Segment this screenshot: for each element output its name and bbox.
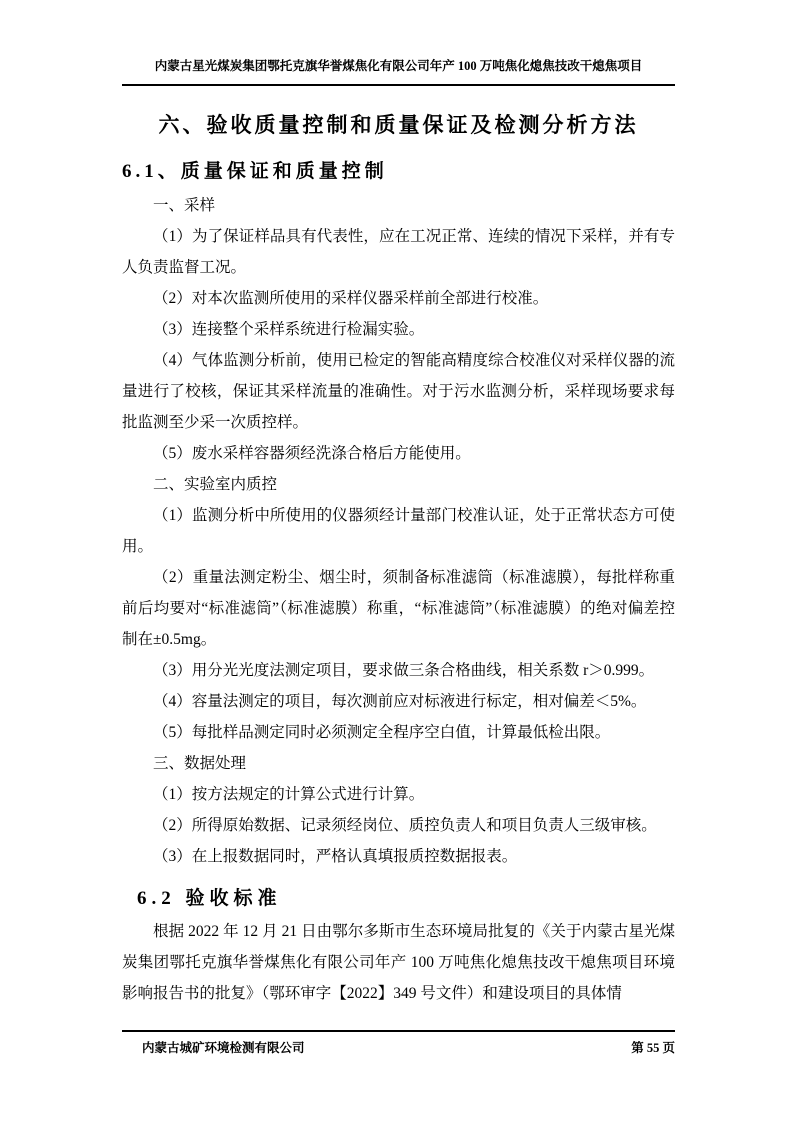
paragraph-lab-qc-4: （4）容量法测定的项目，每次测前应对标液进行标定，相对偏差＜5%。 — [122, 686, 675, 717]
paragraph-lab-qc-label: 二、实验室内质控 — [122, 469, 675, 500]
paragraph-data-processing-2: （2）所得原始数据、记录须经岗位、质控负责人和项目负责人三级审核。 — [122, 810, 675, 841]
paragraph-sampling-4: （4）气体监测分析前，使用已检定的智能高精度综合校准仪对采样仪器的流量进行了校核… — [122, 345, 675, 438]
paragraph-lab-qc-1: （1）监测分析中所使用的仪器须经计量部门校准认证，处于正常状态方可使用。 — [122, 500, 675, 562]
paragraph-sampling-1: （1）为了保证样品具有代表性，应在工况正常、连续的情况下采样，并有专人负责监督工… — [122, 221, 675, 283]
footer-rule — [122, 1030, 675, 1032]
paragraph-lab-qc-2: （2）重量法测定粉尘、烟尘时，须制备标准滤筒（标准滤膜），每批样称重前后均要对“… — [122, 562, 675, 655]
document-page: 内蒙古星光煤炭集团鄂托克旗华誉煤焦化有限公司年产 100 万吨焦化熄焦技改干熄焦… — [0, 0, 794, 1123]
section-6-2-heading: 6.2 验收标准 — [122, 885, 282, 913]
footer-company-name: 内蒙古城矿环境检测有限公司 — [122, 1039, 305, 1057]
header-rule — [122, 84, 675, 86]
paragraph-sampling-5: （5）废水采样容器须经洗涤合格后方能使用。 — [122, 438, 675, 469]
section-6-1-heading: 6.1、质量保证和质量控制 — [122, 158, 388, 186]
paragraph-acceptance-standard: 根据 2022 年 12 月 21 日由鄂尔多斯市生态环境局批复的《关于内蒙古星… — [122, 916, 675, 1009]
paragraph-sampling-label: 一、采样 — [122, 190, 675, 221]
paragraph-lab-qc-3: （3）用分光光度法测定项目，要求做三条合格曲线，相关系数 r＞0.999。 — [122, 655, 675, 686]
footer-page-number: 第 55 页 — [631, 1039, 675, 1057]
page-footer: 内蒙古城矿环境检测有限公司 第 55 页 — [122, 1039, 675, 1057]
paragraph-sampling-3: （3）连接整个采样系统进行检漏实验。 — [122, 314, 675, 345]
paragraph-data-processing-3: （3）在上报数据同时，严格认真填报质控数据报表。 — [122, 841, 675, 872]
section-6-2-body: 根据 2022 年 12 月 21 日由鄂尔多斯市生态环境局批复的《关于内蒙古星… — [122, 916, 675, 1009]
paragraph-data-processing-label: 三、数据处理 — [122, 748, 675, 779]
section-6-1-body: 一、采样 （1）为了保证样品具有代表性，应在工况正常、连续的情况下采样，并有专人… — [122, 190, 675, 872]
chapter-title: 六、验收质量控制和质量保证及检测分析方法 — [122, 110, 675, 140]
header-project-title: 内蒙古星光煤炭集团鄂托克旗华誉煤焦化有限公司年产 100 万吨焦化熄焦技改干熄焦… — [122, 57, 675, 75]
paragraph-lab-qc-5: （5）每批样品测定同时必须测定全程序空白值，计算最低检出限。 — [122, 717, 675, 748]
paragraph-sampling-2: （2）对本次监测所使用的采样仪器采样前全部进行校准。 — [122, 283, 675, 314]
paragraph-data-processing-1: （1）按方法规定的计算公式进行计算。 — [122, 779, 675, 810]
